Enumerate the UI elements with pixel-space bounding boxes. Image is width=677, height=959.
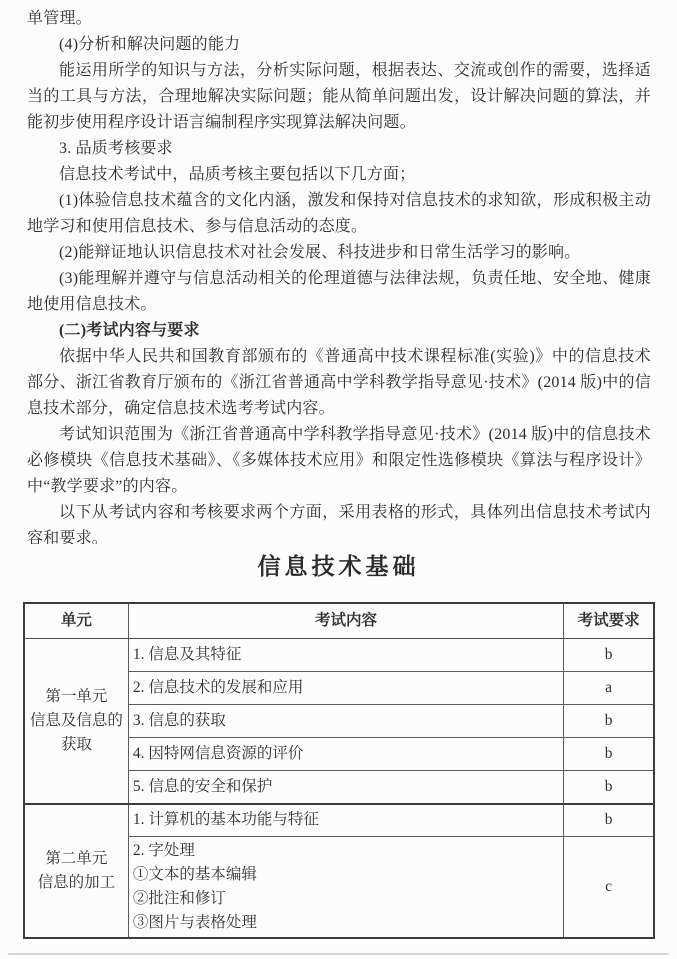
- content-cell: 2. 字处理 ①文本的基本编辑 ②批注和修订 ③图片与表格处理: [128, 837, 563, 939]
- requirement-cell: b: [564, 639, 654, 672]
- requirement-cell: a: [564, 672, 654, 705]
- paragraph: 3. 品质考核要求: [27, 136, 651, 162]
- content-cell: 5. 信息的安全和保护: [128, 771, 563, 804]
- paragraph: (1)体验信息技术蕴含的文化内涵，激发和保持对信息技术的求知欲，形成积极主动地学…: [27, 188, 651, 240]
- content-cell: 3. 信息的获取: [128, 705, 563, 738]
- requirement-cell: b: [564, 804, 654, 837]
- exam-table: 单元 考试内容 考试要求 第一单元 信息及信息的获取1. 信息及其特征b2. 信…: [23, 602, 655, 939]
- exam-table-body: 第一单元 信息及信息的获取1. 信息及其特征b2. 信息技术的发展和应用a3. …: [24, 639, 654, 939]
- table-header-row: 单元 考试内容 考试要求: [24, 603, 654, 639]
- header-cell-unit: 单元: [24, 603, 128, 639]
- content-cell: 4. 因特网信息资源的评价: [128, 738, 563, 771]
- section-title: 信息技术基础: [0, 548, 677, 581]
- unit-cell: 第二单元 信息的加工: [24, 804, 128, 939]
- header-cell-requirement: 考试要求: [564, 603, 654, 639]
- paragraph: 依据中华人民共和国教育部颁布的《普通高中技术课程标准(实验)》中的信息技术部分、…: [27, 344, 651, 422]
- body-text: 单管理。(4)分析和解决问题的能力能运用所学的知识与方法，分析实际问题，根据表达…: [27, 6, 651, 544]
- paragraph: (2)能辩证地认识信息技术对社会发展、科技进步和日常生活学习的影响。: [27, 240, 651, 266]
- table-row: 第一单元 信息及信息的获取1. 信息及其特征b: [24, 639, 654, 672]
- table-row: 第二单元 信息的加工1. 计算机的基本功能与特征b: [24, 804, 654, 837]
- paragraph: 考试知识范围为《浙江省普通高中学科教学指导意见·技术》(2014 版)中的信息技…: [27, 422, 651, 500]
- requirement-cell: b: [564, 738, 654, 771]
- requirement-cell: c: [564, 837, 654, 939]
- requirement-cell: b: [564, 771, 654, 804]
- paragraph: 以下从考试内容和考核要求两个方面，采用表格的形式，具体列出信息技术考试内容和要求…: [27, 500, 651, 544]
- requirement-cell: b: [564, 705, 654, 738]
- document-page: 单管理。(4)分析和解决问题的能力能运用所学的知识与方法，分析实际问题，根据表达…: [0, 0, 677, 959]
- paragraph: 单管理。: [27, 6, 651, 32]
- header-cell-content: 考试内容: [128, 603, 563, 639]
- paragraph: (4)分析和解决问题的能力: [27, 32, 651, 58]
- paragraph: (二)考试内容与要求: [27, 318, 651, 344]
- content-cell: 1. 信息及其特征: [128, 639, 563, 672]
- content-cell: 2. 信息技术的发展和应用: [128, 672, 563, 705]
- content-cell: 1. 计算机的基本功能与特征: [128, 804, 563, 837]
- unit-cell: 第一单元 信息及信息的获取: [24, 639, 128, 804]
- paragraph: (3)能理解并遵守与信息活动相关的伦理道德与法律法规，负责任地、安全地、健康地使…: [27, 266, 651, 318]
- page-bottom-shadow: [8, 953, 669, 955]
- paragraph: 信息技术考试中，品质考核主要包括以下几方面；: [27, 162, 651, 188]
- paragraph: 能运用所学的知识与方法，分析实际问题，根据表达、交流或创作的需要，选择适当的工具…: [27, 58, 651, 136]
